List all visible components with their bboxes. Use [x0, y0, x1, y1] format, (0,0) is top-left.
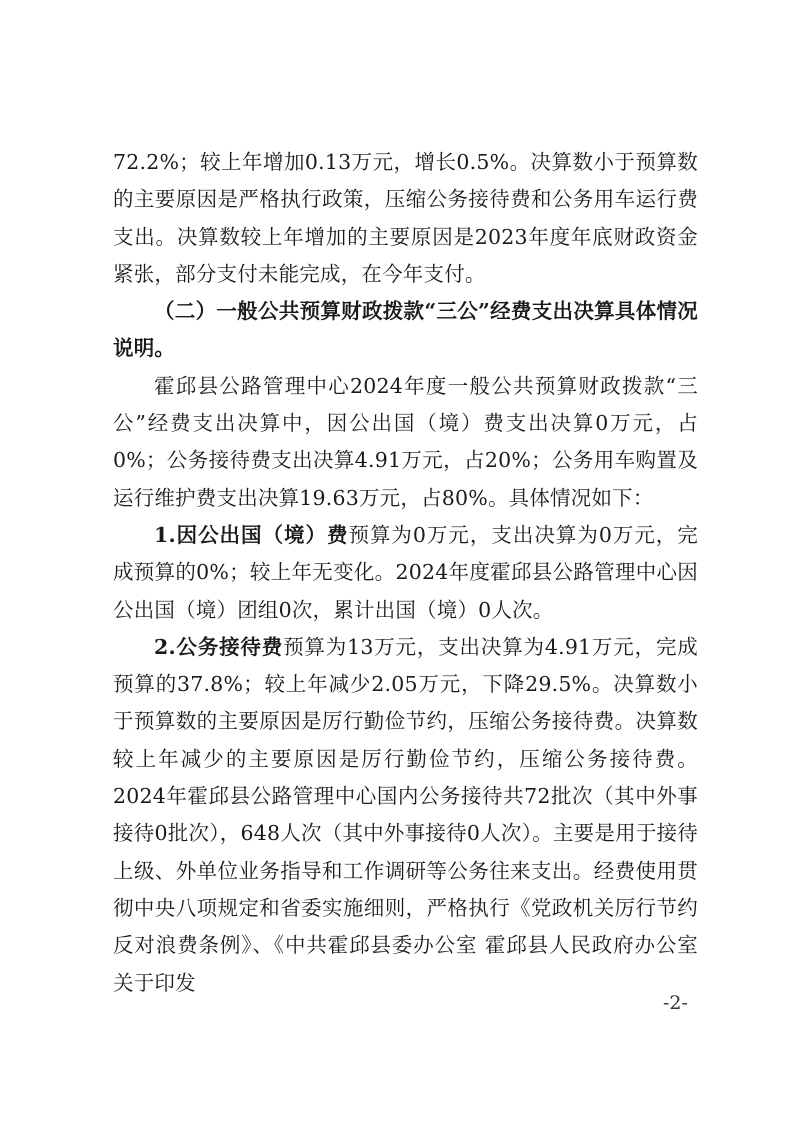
section-heading: （二）一般公共预算财政拨款“三公”经费支出决算具体情况说明。 [113, 293, 698, 368]
document-page: 72.2%；较上年增加0.13万元，增长0.5%。决算数小于预算数的主要原因是严… [113, 144, 698, 1002]
item-body-reception: 预算为13万元，支出决算为4.91万元，完成预算的37.8%；较上年减少2.05… [113, 635, 698, 995]
item-lead-reception: 2.公务接待费 [154, 635, 283, 659]
continued-paragraph: 72.2%；较上年增加0.13万元，增长0.5%。决算数小于预算数的主要原因是严… [113, 144, 698, 293]
item-lead-overseas-travel: 1.因公出国（境）费 [154, 523, 348, 547]
page-number: -2- [663, 992, 688, 1014]
item-overseas-travel: 1.因公出国（境）费预算为0万元，支出决算为0万元，完成预算的0%；较上年无变化… [113, 517, 698, 629]
item-reception: 2.公务接待费预算为13万元，支出决算为4.91万元，完成预算的37.8%；较上… [113, 629, 698, 1002]
summary-paragraph: 霍邱县公路管理中心2024年度一般公共预算财政拨款“三公”经费支出决算中，因公出… [113, 368, 698, 517]
